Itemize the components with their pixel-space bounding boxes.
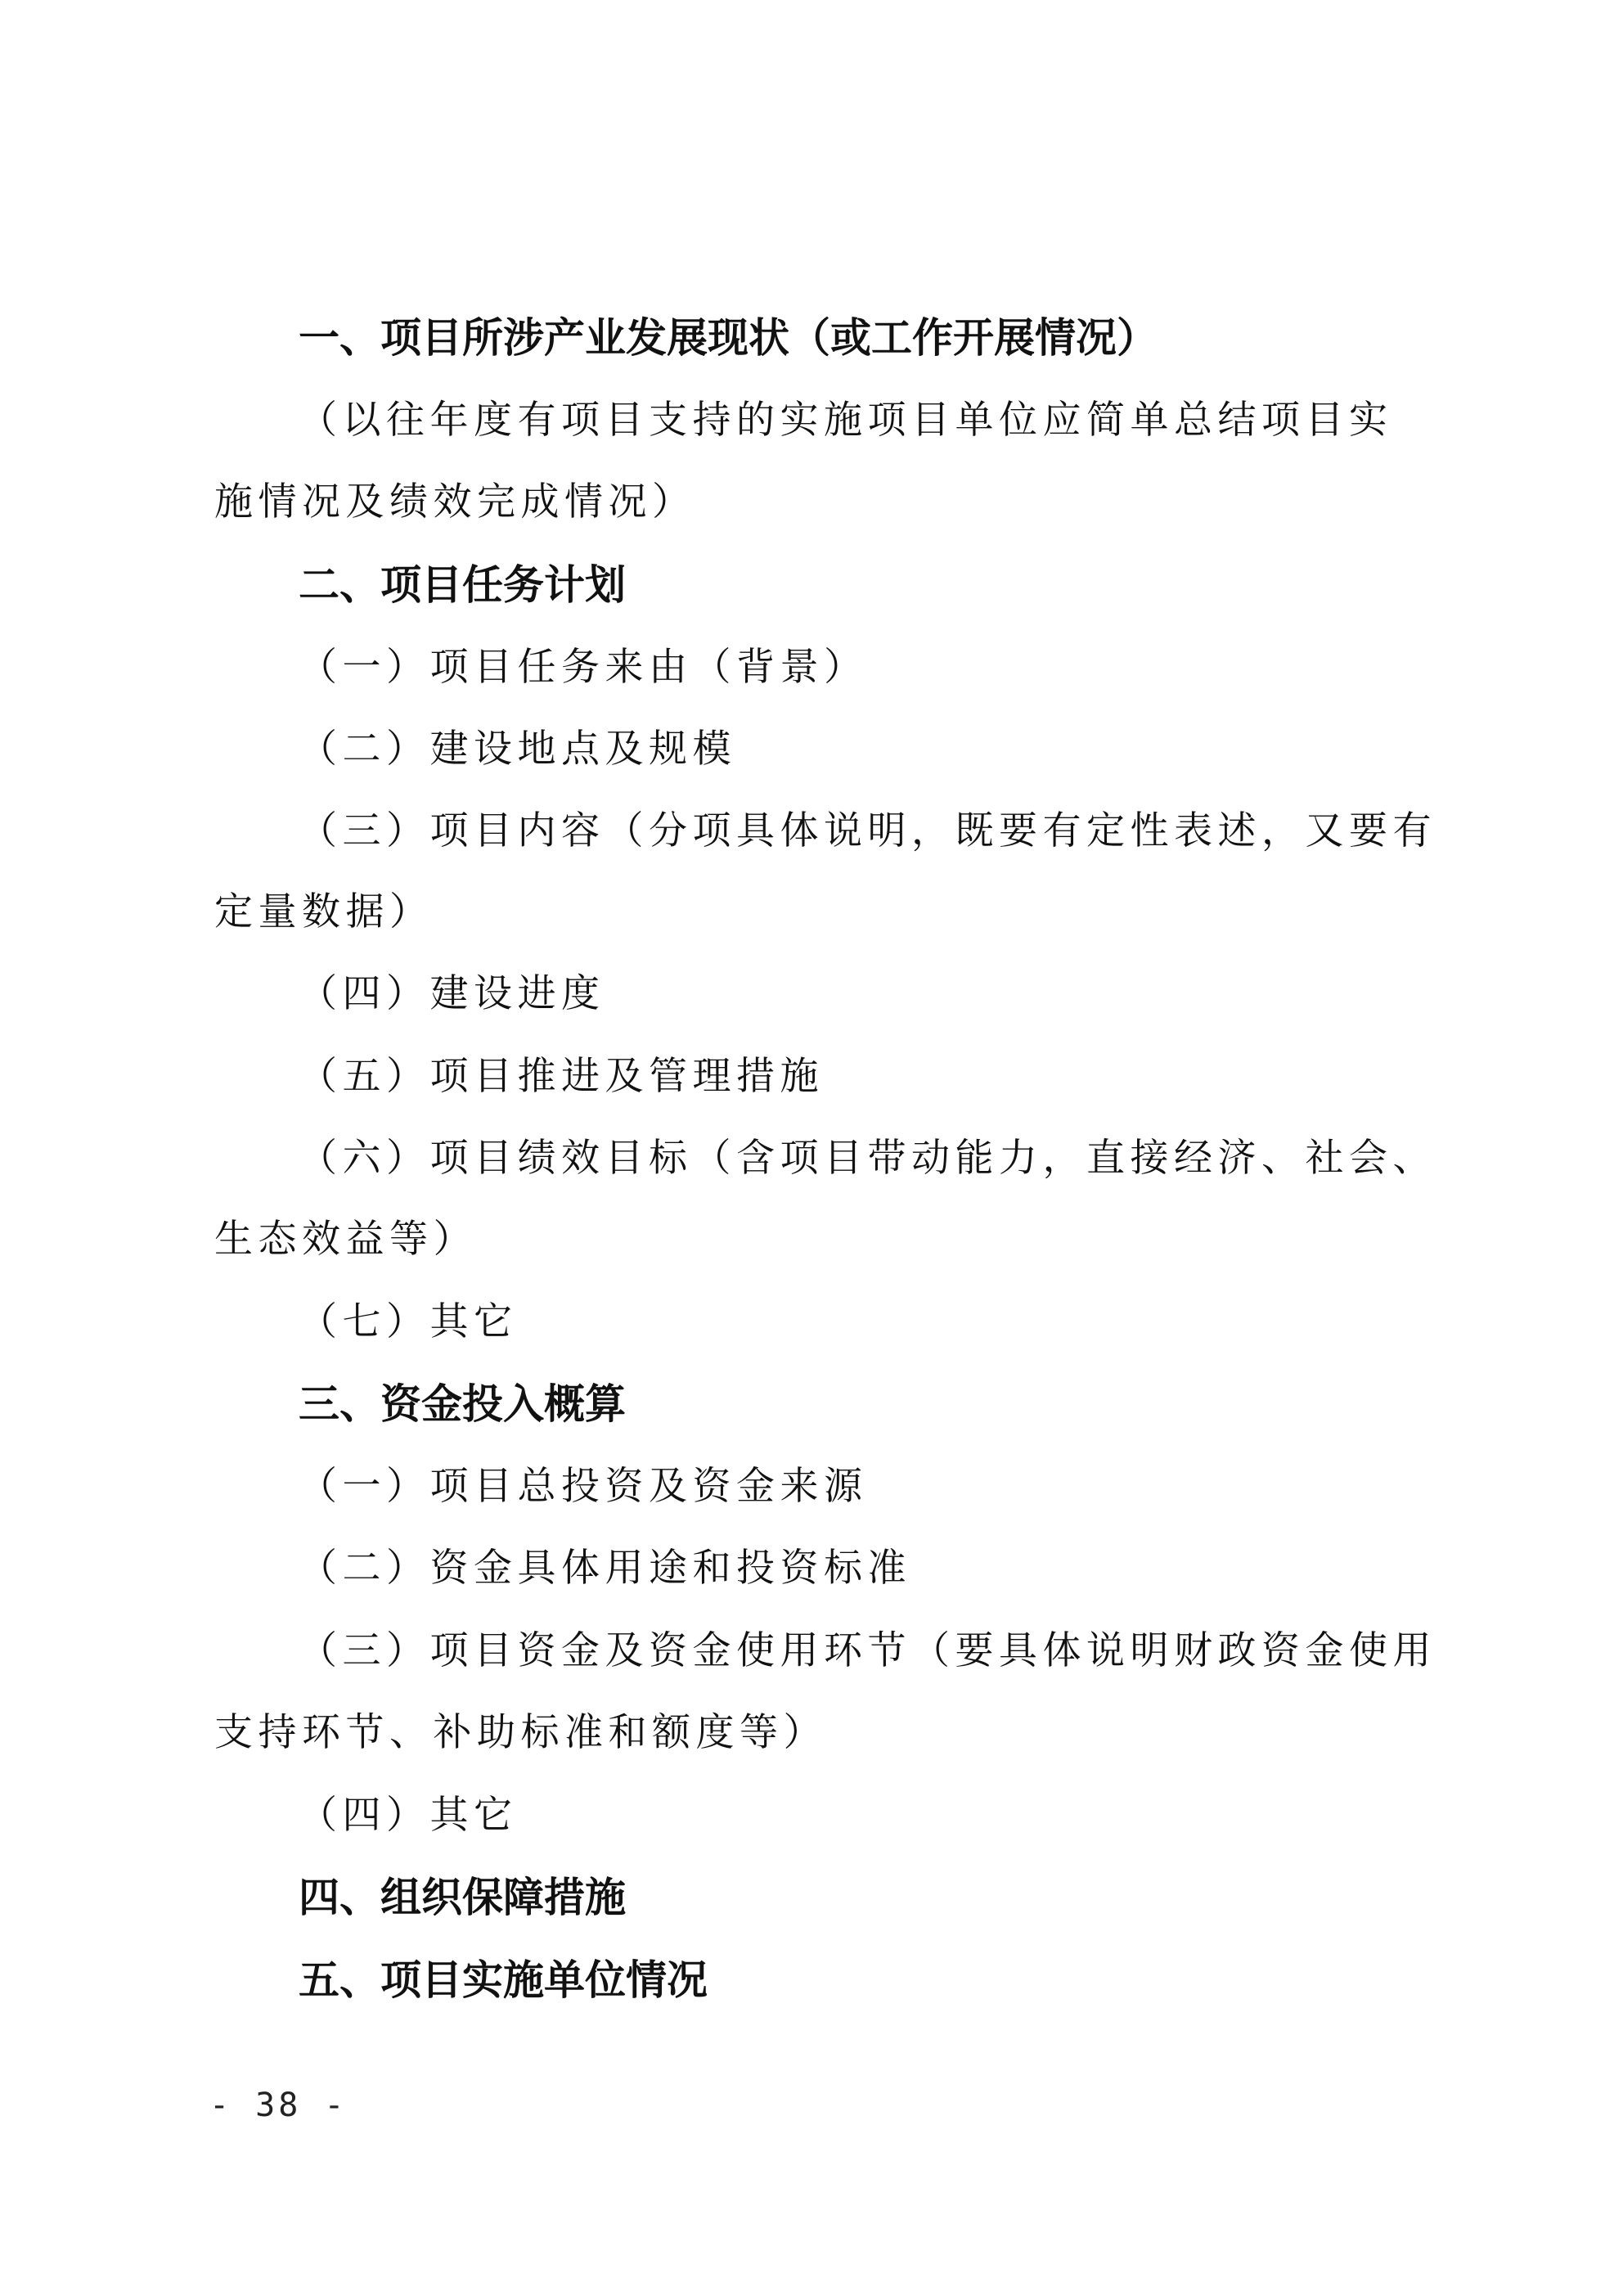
paragraph-line: 支持环节、补助标准和额度等） <box>214 1713 827 1752</box>
section-heading-2: 二、项目任务计划 <box>299 565 626 606</box>
paragraph-line: 施情况及绩效完成情况） <box>214 483 696 521</box>
subsection-item: （二）建设地点及规模 <box>299 730 736 768</box>
section-heading-4: 四、组织保障措施 <box>299 1877 626 1918</box>
subsection-item: （一）项目任务来由（背景） <box>299 648 868 687</box>
subsection-item: （三）项目内容（分项具体说明，既要有定性表述，又要有 <box>299 812 1436 850</box>
subsection-item: （七）其它 <box>299 1303 518 1341</box>
subsection-item: （四）建设进度 <box>299 975 605 1013</box>
subsection-item: （二）资金具体用途和投资标准 <box>299 1549 911 1587</box>
subsection-item: （四）其它 <box>299 1796 518 1835</box>
paragraph-line: （以往年度有项目支持的实施项目单位应简单总结项目实 <box>299 401 1393 439</box>
subsection-item: （一）项目总投资及资金来源 <box>299 1467 868 1506</box>
page-number: - 38 - <box>209 2087 348 2124</box>
section-heading-5: 五、项目实施单位情况 <box>299 1960 708 2001</box>
section-heading-1: 一、项目所涉产业发展现状（或工作开展情况） <box>299 317 1158 358</box>
subsection-item: （六）项目绩效目标（含项目带动能力，直接经济、社会、 <box>299 1139 1436 1177</box>
subsection-item: （三）项目资金及资金使用环节（要具体说明财政资金使用 <box>299 1632 1436 1670</box>
section-heading-3: 三、资金投入概算 <box>299 1384 626 1425</box>
paragraph-line: 生态效益等） <box>214 1220 477 1258</box>
paragraph-line: 定量数据） <box>214 893 434 931</box>
subsection-item: （五）项目推进及管理措施 <box>299 1057 824 1096</box>
